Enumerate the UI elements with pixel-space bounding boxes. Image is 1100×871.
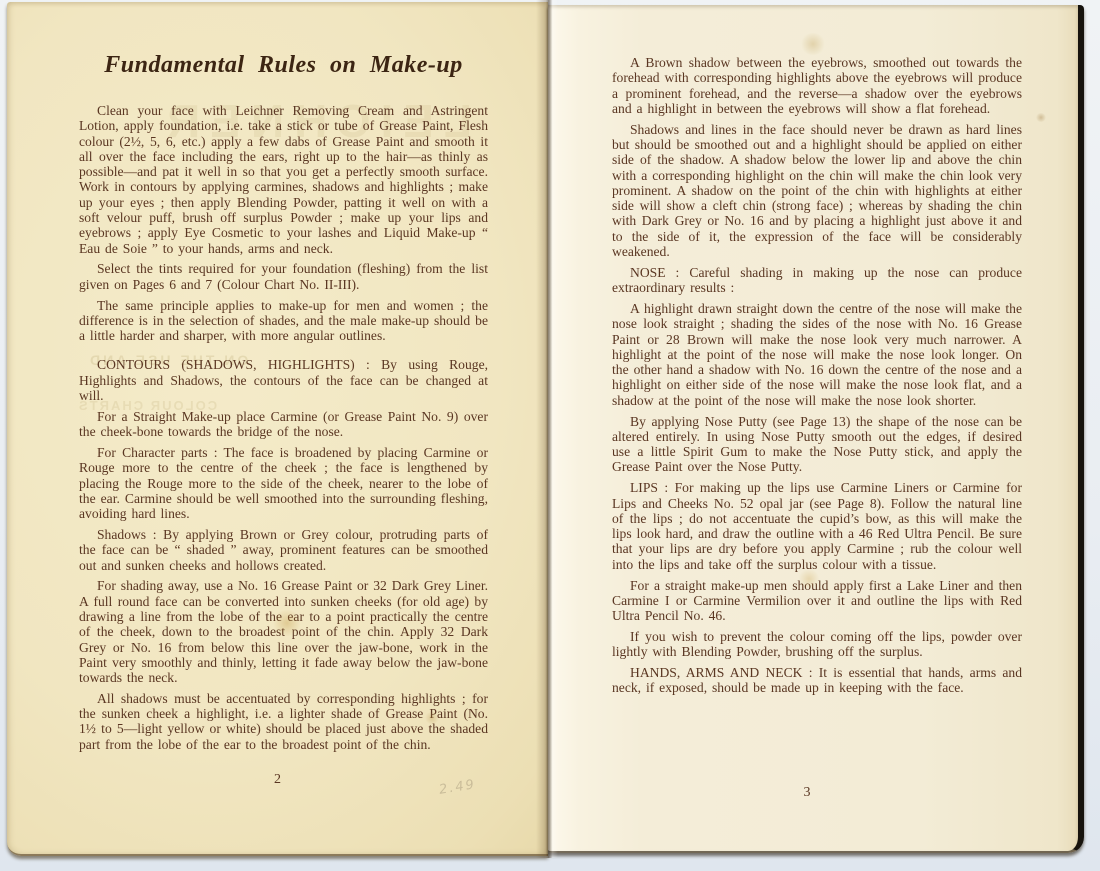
page-title: Fundamental Rules on Make-up — [79, 52, 488, 79]
paragraph: If you wish to prevent the colour coming… — [612, 629, 1022, 660]
left-page: LEICHNER ON THE USE AND COLOUR CHARTS Fu… — [7, 2, 548, 856]
paragraph: Shadows : By applying Brown or Grey colo… — [79, 527, 488, 573]
paragraph: For a Straight Make-up place Carmine (or… — [79, 409, 488, 440]
paragraph-contours-heading: CONTOURS (SHADOWS, HIGHLIGHTS) : By usin… — [79, 357, 488, 403]
paragraph: For shading away, use a No. 16 Grease Pa… — [79, 578, 488, 685]
left-page-text-column: Fundamental Rules on Make-up Clean your … — [79, 52, 488, 758]
paragraph: Select the tints required for your found… — [79, 261, 488, 292]
paragraph: Clean your face with Leichner Removing C… — [79, 103, 488, 256]
paragraph-lips-heading: LIPS : For making up the lips use Carmin… — [612, 480, 1022, 572]
stain — [800, 33, 826, 55]
paragraph: All shadows must be accentuated by corre… — [79, 691, 488, 752]
stain — [1036, 113, 1046, 122]
paragraph: By applying Nose Putty (see Page 13) the… — [612, 414, 1022, 475]
book-scan-photo: { "book": { "left_page": { "title": "Fun… — [0, 0, 1100, 871]
paragraph: For Character parts : The face is broade… — [79, 445, 488, 521]
right-page: A Brown shadow between the eyebrows, smo… — [548, 5, 1084, 853]
paragraph: A highlight drawn straight down the cent… — [612, 301, 1022, 408]
paragraph: Shadows and lines in the face should nev… — [612, 122, 1022, 260]
paragraph: The same principle applies to make-up fo… — [79, 298, 488, 344]
paragraph: A Brown shadow between the eyebrows, smo… — [612, 55, 1022, 116]
page-number-right: 3 — [542, 785, 1072, 801]
paragraph-nose-heading: NOSE : Careful shading in making up the … — [612, 265, 1022, 296]
paragraph: For a straight make-up men should apply … — [612, 578, 1022, 624]
right-page-text-column: A Brown shadow between the eyebrows, smo… — [612, 55, 1022, 701]
paragraph-hands-heading: HANDS, ARMS AND NECK : It is essential t… — [612, 665, 1022, 696]
